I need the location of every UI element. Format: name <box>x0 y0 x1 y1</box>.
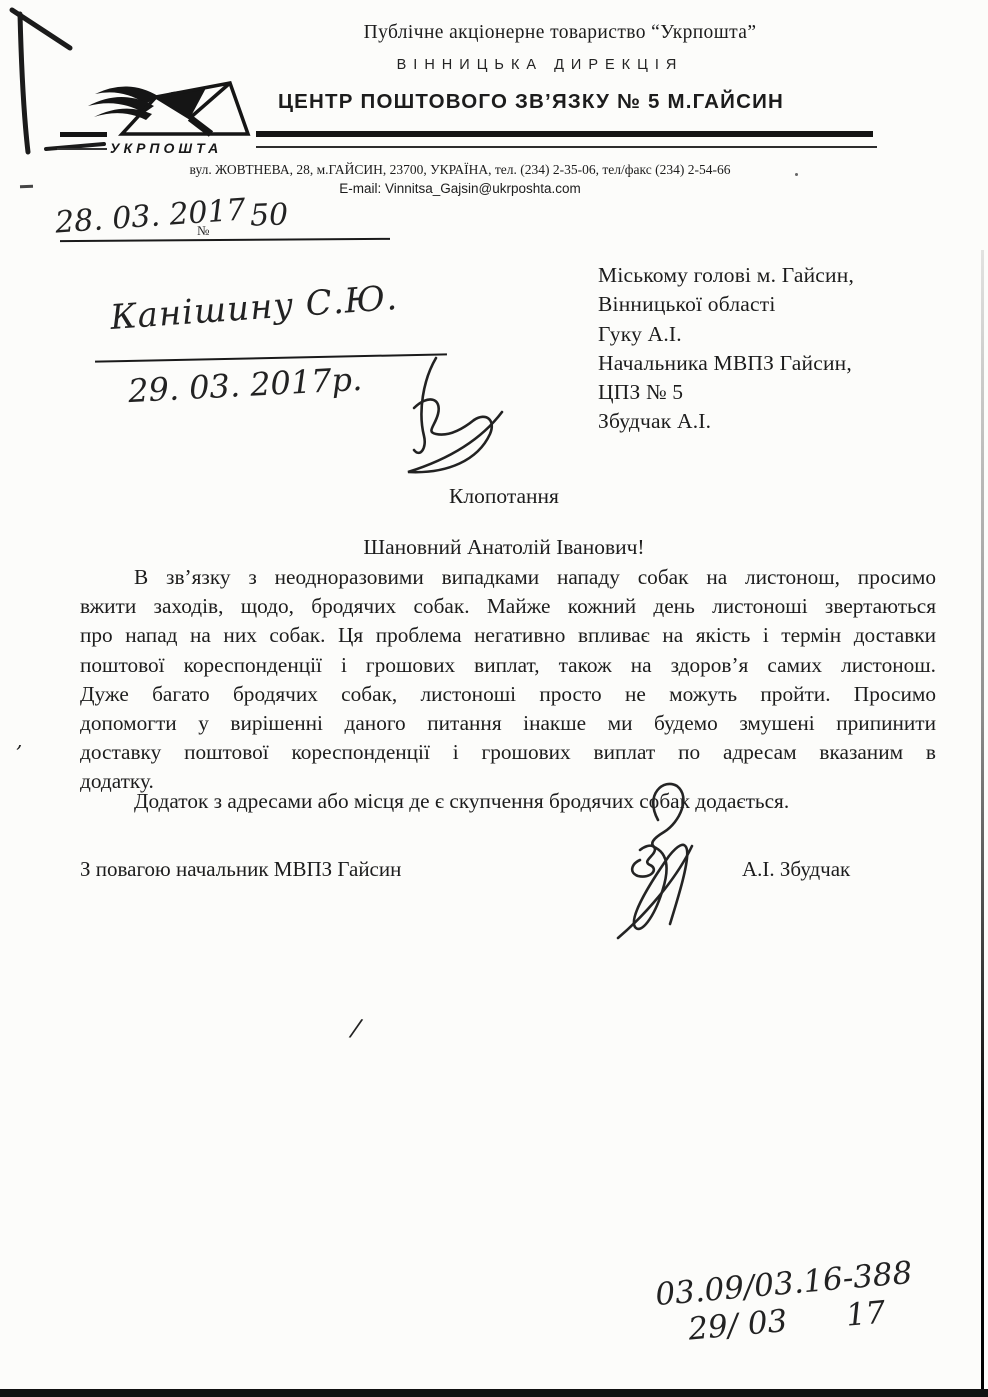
body-paragraph-line: В зв’язку з неодноразовими випадками нап… <box>80 563 936 592</box>
rule-main-thick <box>256 131 873 137</box>
rule-main-thin <box>256 146 877 148</box>
recipient-line: Збудчак А.І. <box>598 407 854 436</box>
salutation: Шановний Анатолій Іванович! <box>294 535 714 560</box>
company-name: Публічне акціонерне товариство “Укрпошта… <box>300 22 820 44</box>
recipient-block: Міському голові м. Гайсин, Вінницької об… <box>598 261 854 437</box>
director-signature <box>606 776 708 944</box>
body-paragraph-line: про напад на них собак. Ця проблема нега… <box>80 621 936 650</box>
scan-edge-artifact-right <box>981 250 984 1397</box>
ukrposhta-logo-icon <box>70 80 255 138</box>
recipient-line: Вінницької області <box>598 290 854 319</box>
resolution-date-handwritten: 29. 03. 2017р. <box>127 360 363 410</box>
resolution-signature <box>378 350 508 482</box>
number-sign: № <box>197 223 209 239</box>
body-paragraph-line: вжити заходів, щодо, бродячих собак. Май… <box>80 592 936 621</box>
scan-speck <box>795 173 798 176</box>
outgoing-number-handwritten: 50 <box>249 197 288 233</box>
scan-edge-artifact-bottom <box>0 1389 988 1397</box>
directorate-line: ВІННИЦЬКА ДИРЕКЦІЯ <box>290 57 790 73</box>
recipient-line: Гуку А.І. <box>598 320 854 349</box>
body-paragraph: В зв’язку з неодноразовими випадками нап… <box>80 563 936 797</box>
postal-center-line: ЦЕНТР ПОШТОВОГО ЗВ’ЯЗКУ № 5 М.ГАЙСИН <box>278 90 784 114</box>
outgoing-date-handwritten: 28. 03. 2017 <box>54 192 247 240</box>
rule-left-thick <box>60 132 107 137</box>
email-line: E-mail: Vinnitsa_Gajsin@ukrposhta.com <box>70 181 850 196</box>
body-paragraph-line: доставку поштової кореспонденції і грошо… <box>80 738 936 767</box>
document-title: Клопотання <box>294 484 714 509</box>
margin-comma-mark: ‚ <box>16 728 22 752</box>
body-paragraph-line: поштової кореспонденції і грошових випла… <box>80 651 936 680</box>
recipient-line: ЦПЗ № 5 <box>598 378 854 407</box>
logo-wordmark: УКРПОШТА <box>110 140 222 156</box>
reference-underline <box>60 238 390 242</box>
scanned-letter-page: Публічне акціонерне товариство “Укрпошта… <box>0 0 988 1397</box>
stray-slash-mark: / <box>350 1014 362 1043</box>
closing-left-text: З повагою начальник МВПЗ Гайсин <box>80 857 401 882</box>
resolution-name-handwritten: Канішину С.Ю. <box>109 278 399 338</box>
body-paragraph-line: допомогти у вирішенні даного питання іна… <box>80 709 936 738</box>
rule-left-thin <box>57 148 107 150</box>
closing-right-name: А.І. Збудчак <box>742 857 850 882</box>
recipient-line: Міському голові м. Гайсин, <box>598 261 854 290</box>
body-paragraph-line: Дуже багато бродячих собак, листоноші пр… <box>80 680 936 709</box>
appendix-line: Додаток з адресами або місця де є скупче… <box>80 789 988 814</box>
address-line: вул. ЖОВТНЕВА, 28, м.ГАЙСИН, 23700, УКРА… <box>70 162 850 178</box>
margin-dash-mark <box>20 185 33 188</box>
recipient-line: Начальника МВПЗ Гайсин, <box>598 349 854 378</box>
